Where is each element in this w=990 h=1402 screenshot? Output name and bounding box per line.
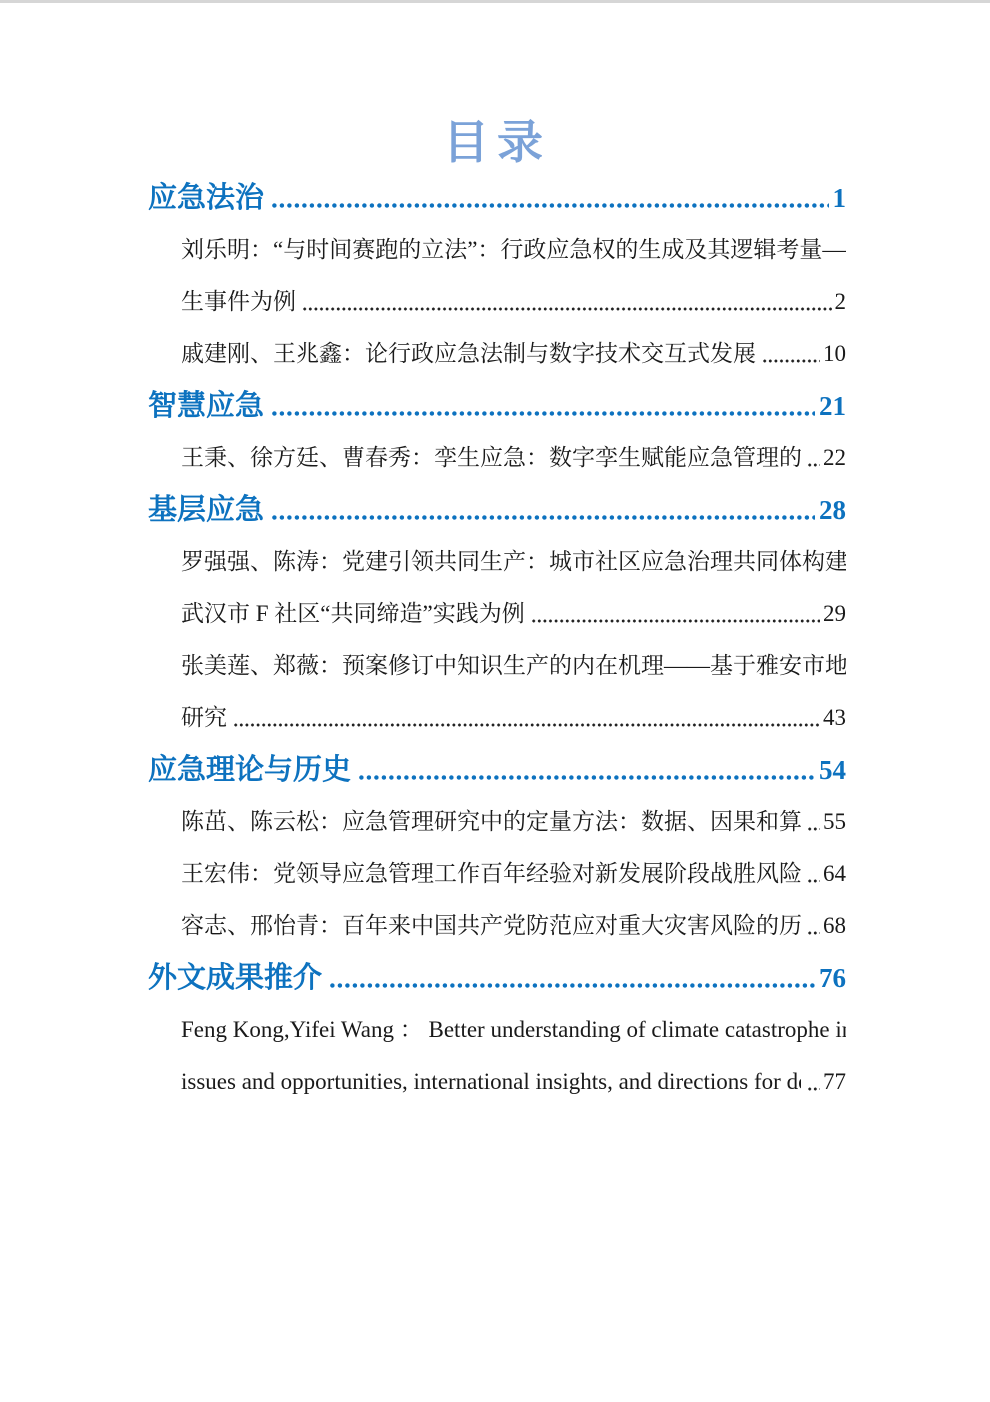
entry-text: 刘乐明：“与时间赛跑的立法”：行政应急权的生成及其逻辑考量——以突发公共卫 — [181, 224, 846, 276]
section-page-number: 21 — [819, 380, 846, 432]
toc-entry-row[interactable]: 武汉市 F 社区“共同缔造”实践为例29 — [148, 588, 846, 640]
toc-section-row[interactable]: 基层应急28 — [148, 484, 846, 536]
toc-section-row[interactable]: 智慧应急21 — [148, 380, 846, 432]
entry-text: 张美莲、郑薇：预案修订中知识生产的内在机理——基于雅安市地震应急预案的案例 — [181, 640, 846, 692]
section-page-number: 28 — [819, 484, 846, 536]
entry-text: Feng Kong,Yifei Wang ： Better understand… — [181, 1004, 846, 1056]
entry-page-number: 2 — [835, 276, 847, 328]
dot-leader — [272, 411, 815, 416]
entry-page-number: 77 — [823, 1056, 846, 1108]
entry-text: 武汉市 F 社区“共同缔造”实践为例 — [181, 588, 525, 640]
toc-entry-row[interactable]: 张美莲、郑薇：预案修订中知识生产的内在机理——基于雅安市地震应急预案的案例 — [148, 640, 846, 692]
entry-page-number: 22 — [823, 432, 846, 484]
toc-entry-row[interactable]: 王秉、徐方廷、曹春秀：孪生应急：数字孪生赋能应急管理的新范式22 — [148, 432, 846, 484]
dot-leader — [763, 359, 820, 363]
entry-text: 王宏伟：党领导应急管理工作百年经验对新发展阶段战胜风险挑战的启示 — [181, 848, 801, 900]
entry-page-number: 29 — [823, 588, 846, 640]
entry-text: 陈茁、陈云松：应急管理研究中的定量方法：数据、因果和算法 — [181, 796, 801, 848]
entry-text: 生事件为例 — [181, 276, 296, 328]
entry-text: 戚建刚、王兆鑫：论行政应急法制与数字技术交互式发展 — [181, 328, 756, 380]
toc-section-row[interactable]: 应急法治1 — [148, 172, 846, 224]
dot-leader — [808, 931, 820, 935]
dot-leader — [234, 723, 820, 727]
section-label: 应急理论与历史 — [148, 744, 351, 796]
entry-page-number: 64 — [823, 848, 846, 900]
section-page-number: 76 — [819, 952, 846, 1004]
entry-page-number: 43 — [823, 692, 846, 744]
toc-entry-row[interactable]: 王宏伟：党领导应急管理工作百年经验对新发展阶段战胜风险挑战的启示64 — [148, 848, 846, 900]
entry-text: 研究 — [181, 692, 227, 744]
toc-entry-row[interactable]: 生事件为例2 — [148, 276, 846, 328]
section-label: 应急法治 — [148, 172, 264, 224]
section-label: 基层应急 — [148, 484, 264, 536]
toc-entry-row[interactable]: 刘乐明：“与时间赛跑的立法”：行政应急权的生成及其逻辑考量——以突发公共卫 — [148, 224, 846, 276]
dot-leader — [532, 619, 820, 623]
entry-page-number: 10 — [823, 328, 846, 380]
dot-leader — [808, 827, 820, 831]
toc-entry-row[interactable]: 陈茁、陈云松：应急管理研究中的定量方法：数据、因果和算法55 — [148, 796, 846, 848]
entry-page-number: 68 — [823, 900, 846, 952]
toc-entry-row[interactable]: issues and opportunities, international … — [148, 1056, 846, 1108]
dot-leader — [272, 515, 815, 520]
dot-leader — [808, 879, 820, 883]
entry-text: 王秉、徐方廷、曹春秀：孪生应急：数字孪生赋能应急管理的新范式 — [181, 432, 801, 484]
dot-leader — [330, 983, 815, 988]
toc-entry-row[interactable]: 罗强强、陈涛：党建引领共同生产：城市社区应急治理共同体构建的驱动机制——以 — [148, 536, 846, 588]
toc-section-row[interactable]: 外文成果推介76 — [148, 952, 846, 1004]
entry-text: 容志、邢怡青：百年来中国共产党防范应对重大灾害风险的历史经验与理论阐释 — [181, 900, 801, 952]
document-page: 目录 应急法治1刘乐明：“与时间赛跑的立法”：行政应急权的生成及其逻辑考量——以… — [0, 3, 990, 1108]
section-page-number: 54 — [819, 744, 846, 796]
entry-text: issues and opportunities, international … — [181, 1056, 801, 1108]
toc-entry-row[interactable]: 研究43 — [148, 692, 846, 744]
section-page-number: 1 — [833, 172, 847, 224]
page-title: 目录 — [148, 112, 846, 172]
entry-text: 罗强强、陈涛：党建引领共同生产：城市社区应急治理共同体构建的驱动机制——以 — [181, 536, 846, 588]
dot-leader — [303, 307, 832, 311]
toc-entry-row[interactable]: 容志、邢怡青：百年来中国共产党防范应对重大灾害风险的历史经验与理论阐释68 — [148, 900, 846, 952]
section-label: 外文成果推介 — [148, 952, 322, 1004]
dot-leader — [359, 775, 815, 780]
section-label: 智慧应急 — [148, 380, 264, 432]
table-of-contents: 应急法治1刘乐明：“与时间赛跑的立法”：行政应急权的生成及其逻辑考量——以突发公… — [148, 172, 846, 1108]
toc-section-row[interactable]: 应急理论与历史54 — [148, 744, 846, 796]
toc-entry-row[interactable]: Feng Kong,Yifei Wang ： Better understand… — [148, 1004, 846, 1056]
entry-page-number: 55 — [823, 796, 846, 848]
toc-entry-row[interactable]: 戚建刚、王兆鑫：论行政应急法制与数字技术交互式发展10 — [148, 328, 846, 380]
dot-leader — [808, 1087, 820, 1091]
dot-leader — [272, 203, 828, 208]
dot-leader — [808, 463, 820, 467]
